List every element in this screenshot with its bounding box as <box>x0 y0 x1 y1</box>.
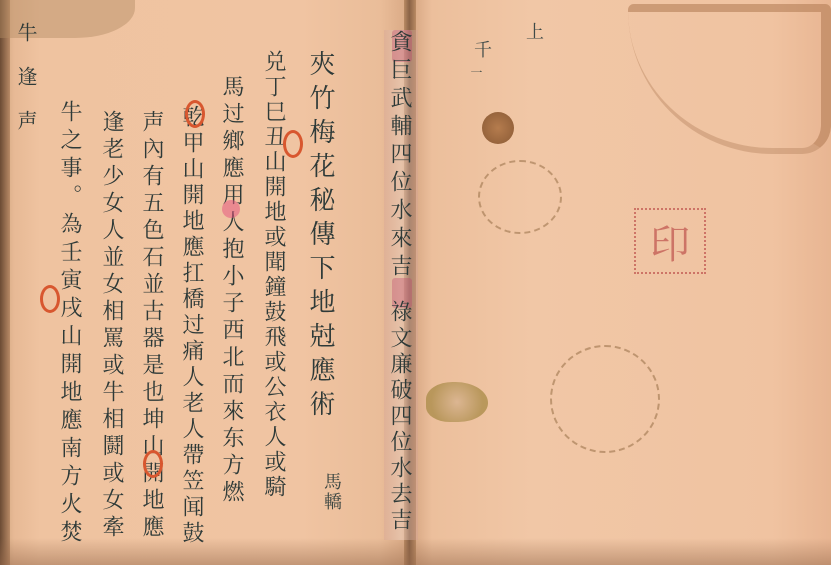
red-loop-mark <box>40 285 60 313</box>
signature: 馬轎 <box>318 472 344 512</box>
page-mark-2: 上 <box>520 22 546 40</box>
text-column-title: 夾竹梅花秘傳下地尅應術 <box>307 50 333 424</box>
text-column-2: 兑丁巳丑山開地或聞鐘鼓飛或公衣人或騎 <box>262 50 284 500</box>
text-column-4: 乾甲山開地應扛橋过痛人老人帶笠闻鼓 <box>180 105 202 547</box>
spine-text-lower: 祿文廉破四位水去吉 <box>388 300 410 534</box>
circular-ring-stain <box>550 345 660 453</box>
red-seal-stamp: 印 <box>634 208 706 274</box>
manuscript-spread: 貪巨武輔四位水來吉 祿文廉破四位水去吉 夾竹梅花秘傳下地尅應術 兑丁巳丑山開地或… <box>0 0 831 565</box>
red-loop-mark <box>185 100 205 128</box>
brown-spot <box>482 112 514 144</box>
green-blotch-stain <box>426 382 488 422</box>
spine-text-upper: 貪巨武輔四位水來吉 <box>388 30 410 282</box>
left-book-edge <box>0 0 10 565</box>
pink-ink-spot <box>222 200 240 218</box>
text-column-top-fragment: 牛逢声 <box>16 22 36 154</box>
text-column-6: 逢老少女人並女相罵或牛相鬪或女牽 <box>100 110 122 542</box>
page-mark-1: 千 <box>468 40 494 58</box>
text-column-3: 馬过鄉應用人抱小子西北而來东方燃 <box>220 75 242 507</box>
red-loop-mark <box>283 130 303 158</box>
text-column-7: 牛之事。為壬寅戌山開地應南方火焚 <box>58 100 80 548</box>
bottom-shadow <box>0 538 831 565</box>
page-mark-3: 一 <box>468 66 485 78</box>
red-loop-mark <box>143 450 163 478</box>
faded-ring-stain <box>478 160 562 234</box>
